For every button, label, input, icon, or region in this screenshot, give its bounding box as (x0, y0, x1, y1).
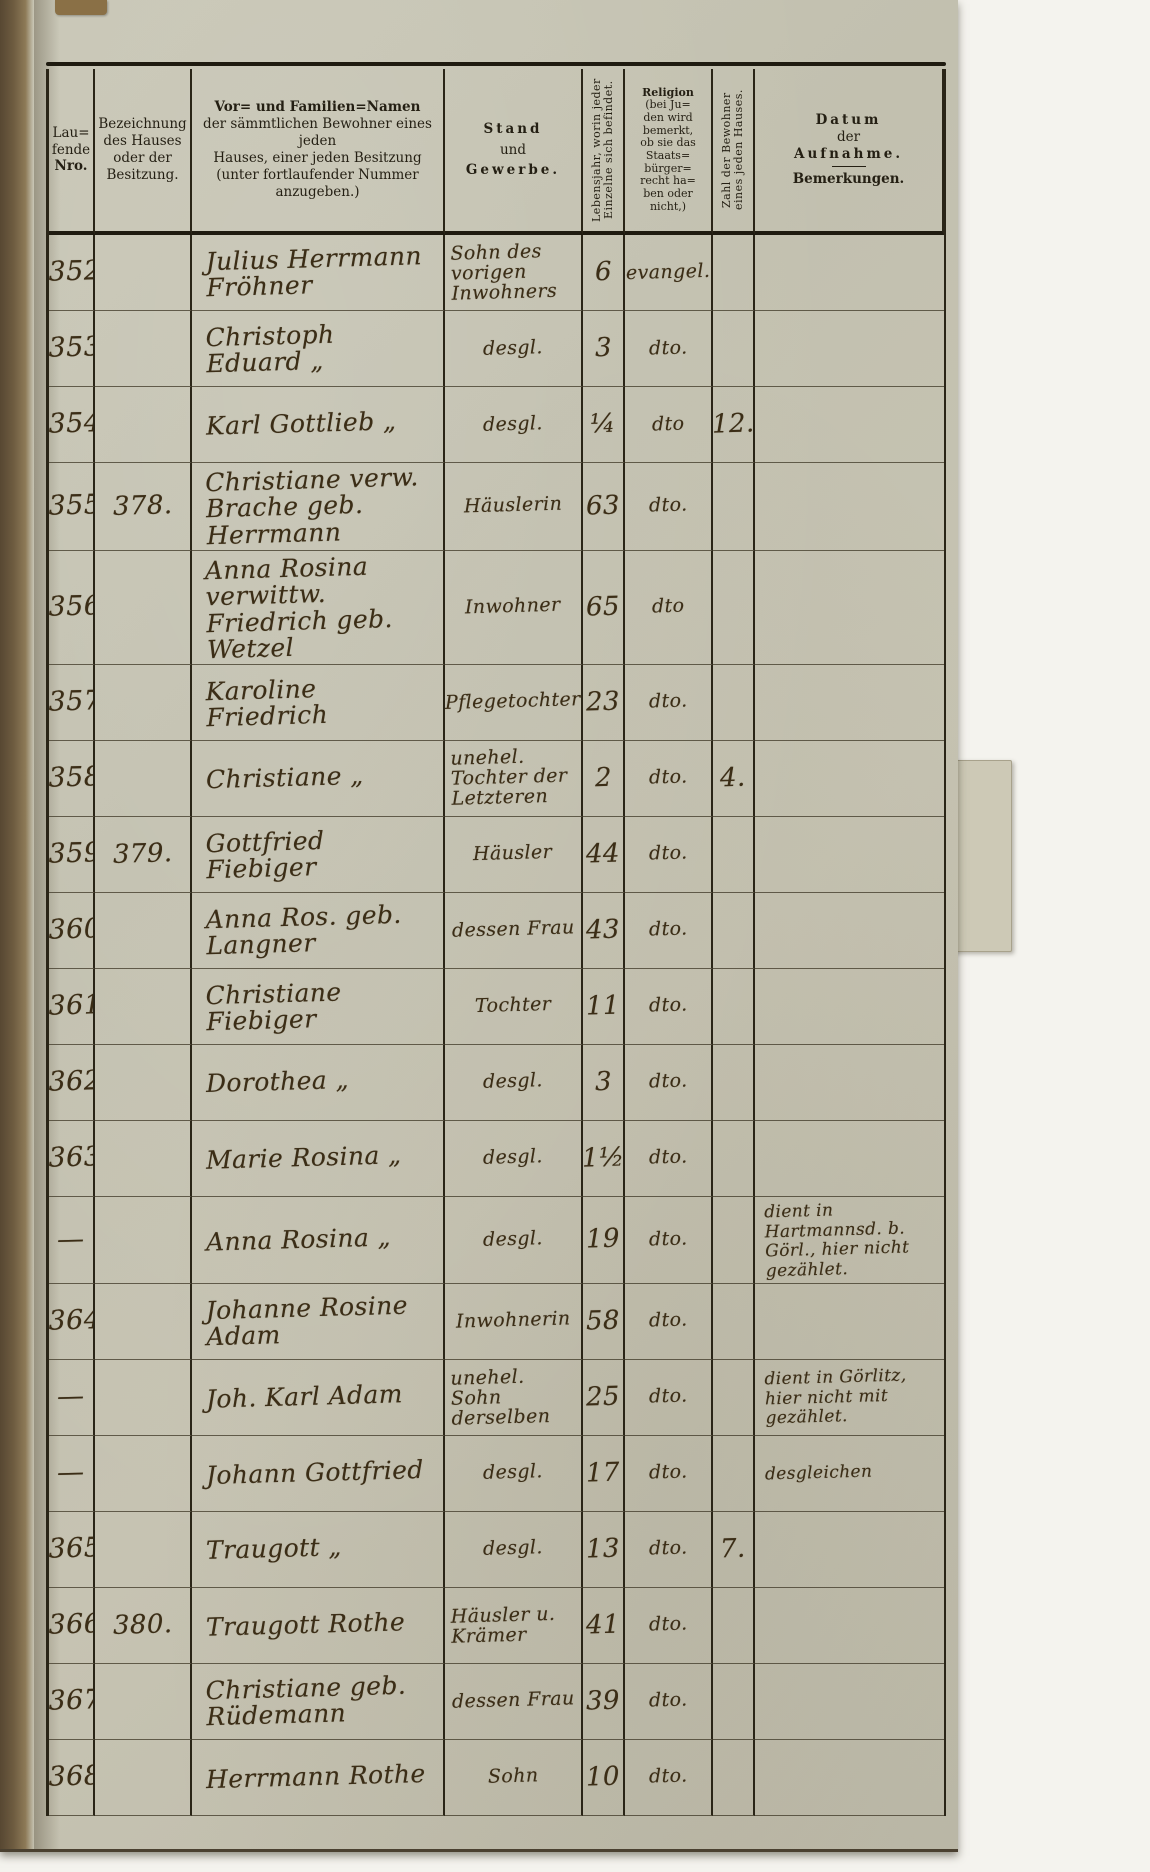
cell-haus (95, 1740, 192, 1816)
cell-text-stand: Häusler (473, 843, 553, 865)
cell-age: ¼ (583, 387, 625, 463)
cell-text-rel: dto. (648, 692, 687, 713)
cell-text-stand: dessen Frau (451, 919, 574, 942)
cell-zahl (713, 665, 755, 741)
cell-text-nro: 2363. (49, 1143, 95, 1174)
cell-name: Anna Rosina verwittw. Friedrich geb. Wet… (192, 551, 445, 665)
cell-nro: 2363. (49, 1121, 95, 1197)
cell-text-age: ¼ (590, 410, 616, 438)
cell-text-rel: dto. (648, 1072, 687, 1093)
cell-haus (95, 1664, 192, 1740)
cell-text-rem: dient in Hartmannsd. b. Görl., hier nich… (764, 1198, 939, 1281)
cell-text-rel: dto. (648, 338, 687, 359)
cell-age: 11 (583, 969, 625, 1045)
cell-age: 44 (583, 817, 625, 893)
cell-nro: 2365. (49, 1512, 95, 1588)
cell-text-name: Anna Rosina verwittw. Friedrich geb. Wet… (205, 552, 439, 663)
cell-text-stand: desgl. (483, 1147, 543, 1169)
cell-text-age: 63 (586, 492, 621, 520)
cell-age: 39 (583, 1664, 625, 1740)
cell-stand: desgl. (445, 1512, 583, 1588)
cell-text-name: Anna Ros. geb. Langner (205, 901, 437, 960)
cell-rem (755, 741, 944, 817)
cell-text-nro: 2364. (49, 1306, 95, 1337)
cell-name: Marie Rosina „ (192, 1121, 445, 1197)
cell-text-rel: dto. (648, 1148, 687, 1169)
header-text: Vor= und Familien=Namen (215, 99, 421, 116)
cell-text-rem: dient in Görlitz, hier nicht mit gezähle… (764, 1366, 939, 1429)
cell-text-age: 19 (586, 1226, 621, 1254)
cell-zahl (713, 463, 755, 551)
cell-name: Christiane geb. Rüdemann (192, 1664, 445, 1740)
cell-text-age: 43 (586, 916, 621, 944)
cell-text-name: Johanne Rosine Adam (205, 1292, 437, 1351)
cell-name: Traugott „ (192, 1512, 445, 1588)
cell-text-rel: dto. (648, 844, 687, 865)
cell-rem (755, 665, 944, 741)
cell-age: 41 (583, 1588, 625, 1664)
cell-text-age: 10 (586, 1763, 621, 1791)
cell-zahl (713, 817, 755, 893)
cell-text-nro: — (57, 1383, 85, 1412)
cell-haus: 378. (95, 463, 192, 551)
cell-text-age: 2 (594, 764, 612, 792)
cell-age: 23 (583, 665, 625, 741)
cell-text-rem: desgleichen (765, 1462, 873, 1485)
cell-text-name: Marie Rosina „ (206, 1142, 402, 1174)
cell-text-stand: Sohn (487, 1767, 538, 1788)
corner-tab (55, 0, 107, 15)
cell-zahl (713, 1045, 755, 1121)
cell-text-name: Julius Herrmann Fröhner (205, 243, 437, 302)
cell-haus: 380. (95, 1588, 192, 1664)
cell-haus (95, 311, 192, 387)
cell-text-haus: 379. (112, 840, 172, 869)
cell-zahl (713, 311, 755, 387)
register-page: Lau= fende Nro. Bezeichnung des Hauses o… (0, 0, 958, 1852)
cell-rem (755, 817, 944, 893)
header-text: fende (52, 142, 90, 159)
cell-nro: 2354. (49, 387, 95, 463)
cell-name: Anna Rosina „ (192, 1197, 445, 1284)
cell-text-haus: 378. (112, 492, 172, 521)
cell-text-name: Christoph Eduard „ (205, 319, 437, 378)
cell-age: 6 (583, 235, 625, 311)
cell-age: 13 (583, 1512, 625, 1588)
cell-zahl: 4. (713, 741, 755, 817)
cell-rem (755, 235, 944, 311)
header-datum-bemerkungen: Datum der Aufnahme. Bemerkungen. (755, 69, 944, 235)
cell-nro: 2360. (49, 893, 95, 969)
cell-text-name: Joh. Karl Adam (206, 1382, 403, 1414)
cell-rem (755, 1588, 944, 1664)
cell-rem (755, 1512, 944, 1588)
cell-nro: — (49, 1197, 95, 1284)
cell-text-age: 58 (586, 1307, 621, 1335)
cell-text-rel: dto. (648, 1387, 687, 1408)
cell-text-age: 1½ (583, 1144, 625, 1172)
cell-text-stand: desgl. (483, 1463, 543, 1485)
cell-text-rel: dto (652, 597, 685, 618)
cell-zahl (713, 1436, 755, 1512)
cell-rel: dto. (625, 1740, 713, 1816)
cell-text-rel: dto. (648, 1229, 687, 1250)
cell-stand: Pflegetochter (445, 665, 583, 741)
cell-nro: 2366. (49, 1588, 95, 1664)
header-text-vertical: Zahl der Bewohner eines jeden Hauses. (721, 75, 745, 225)
cell-nro: 2367. (49, 1664, 95, 1740)
cell-text-stand: unehel. Tochter der Letzteren (450, 747, 576, 810)
cell-rel: dto. (625, 1045, 713, 1121)
cell-name: Johanne Rosine Adam (192, 1284, 445, 1360)
cell-nro: 2358. (49, 741, 95, 817)
cell-rem (755, 893, 944, 969)
cell-haus (95, 1284, 192, 1360)
cell-text-stand: desgl. (483, 1071, 543, 1093)
cell-nro: — (49, 1436, 95, 1512)
cell-rel: dto. (625, 969, 713, 1045)
cell-age: 2 (583, 741, 625, 817)
cell-haus (95, 741, 192, 817)
cell-stand: unehel. Tochter der Letzteren (445, 741, 583, 817)
cell-zahl (713, 1284, 755, 1360)
cell-zahl (713, 1121, 755, 1197)
cell-stand: desgl. (445, 311, 583, 387)
cell-zahl (713, 1588, 755, 1664)
cell-text-age: 25 (586, 1383, 621, 1411)
cell-text-nro: 2354. (49, 409, 95, 440)
cell-text-haus: 380. (112, 1611, 172, 1640)
cell-stand: desgl. (445, 387, 583, 463)
cell-text-age: 65 (586, 593, 621, 621)
cell-nro: 2364. (49, 1284, 95, 1360)
cell-text-name: Christiane geb. Rüdemann (205, 1672, 437, 1731)
cell-text-rel: dto. (648, 1539, 687, 1560)
cell-text-age: 3 (594, 1068, 612, 1096)
cell-rem (755, 387, 944, 463)
cell-stand: desgl. (445, 1045, 583, 1121)
cell-stand: desgl. (445, 1121, 583, 1197)
cell-text-stand: Sohn des vorigen Inwohners (450, 241, 576, 304)
cell-age: 17 (583, 1436, 625, 1512)
cell-text-nro: — (57, 1225, 85, 1254)
cell-text-rel: dto. (648, 1615, 687, 1636)
cell-rel: dto. (625, 311, 713, 387)
cell-name: Anna Ros. geb. Langner (192, 893, 445, 969)
cell-text-nro: 2367. (49, 1686, 95, 1717)
header-text: Stand (484, 121, 543, 138)
cell-text-zahl: 4. (720, 764, 746, 792)
cell-rel: dto. (625, 1284, 713, 1360)
cell-text-stand: Inwohner (465, 596, 561, 619)
cell-nro: 2353. (49, 311, 95, 387)
cell-text-name: Karoline Friedrich (205, 673, 437, 732)
cell-rem (755, 463, 944, 551)
cell-zahl (713, 1664, 755, 1740)
cell-stand: Sohn des vorigen Inwohners (445, 235, 583, 311)
cell-haus (95, 235, 192, 311)
cell-text-rel: dto. (648, 1463, 687, 1484)
cell-text-rel: dto (652, 414, 685, 435)
cell-rel: dto. (625, 1664, 713, 1740)
cell-stand: dessen Frau (445, 893, 583, 969)
cell-name: Christiane „ (192, 741, 445, 817)
cell-name: Christiane verw. Brache geb. Herrmann (192, 463, 445, 551)
header-text: Nro. (55, 158, 88, 175)
cell-text-rel: evangel. (626, 261, 711, 283)
cell-rem: dient in Hartmannsd. b. Görl., hier nich… (755, 1197, 944, 1284)
cell-zahl (713, 1197, 755, 1284)
cell-rel: dto. (625, 817, 713, 893)
cell-age: 25 (583, 1360, 625, 1436)
cell-haus (95, 893, 192, 969)
cell-rel: dto. (625, 665, 713, 741)
cell-text-nro: 2365. (49, 1534, 95, 1565)
cell-nro: 2368. (49, 1740, 95, 1816)
cell-text-name: Traugott „ (206, 1534, 342, 1564)
header-text: und (500, 142, 526, 159)
cell-text-rel: dto. (648, 996, 687, 1017)
cell-text-age: 23 (586, 688, 621, 716)
cell-text-nro: 2366. (49, 1610, 95, 1641)
header-stand-gewerbe: Stand und Gewerbe. (445, 69, 583, 235)
cell-rel: dto. (625, 1197, 713, 1284)
cell-text-age: 41 (586, 1611, 621, 1639)
header-text: der (837, 129, 860, 146)
header-religion: Religion(bei Ju=den wirdbemerkt,ob sie d… (625, 69, 713, 235)
cell-name: Gottfried Fiebiger (192, 817, 445, 893)
header-text: (unter fortlaufender Nummer anzugeben.) (195, 167, 440, 201)
register-table: Lau= fende Nro. Bezeichnung des Hauses o… (46, 62, 946, 1816)
cell-text-nro: 2358. (49, 763, 95, 794)
cell-text-name: Christiane verw. Brache geb. Herrmann (205, 464, 438, 549)
cell-rel: dto. (625, 1436, 713, 1512)
cell-stand: Sohn (445, 1740, 583, 1816)
cell-age: 3 (583, 311, 625, 387)
cell-haus (95, 1197, 192, 1284)
cell-text-stand: Tochter (475, 995, 552, 1017)
cell-name: Karoline Friedrich (192, 665, 445, 741)
cell-rel: dto. (625, 1121, 713, 1197)
header-laufende-nro: Lau= fende Nro. (49, 69, 95, 235)
cell-haus (95, 665, 192, 741)
cell-text-name: Anna Rosina „ (206, 1224, 392, 1255)
cell-nro: 2352. (49, 235, 95, 311)
header-text: Lau= (52, 125, 89, 142)
header-text: den wird (643, 112, 692, 125)
cell-text-age: 6 (594, 259, 612, 287)
cell-rel: dto (625, 551, 713, 665)
cell-text-name: Johann Gottfried (206, 1457, 424, 1489)
cell-rel: dto. (625, 1360, 713, 1436)
cell-haus (95, 1512, 192, 1588)
cell-text-stand: Pflegetochter (445, 690, 581, 714)
cell-haus (95, 1436, 192, 1512)
cell-nro: 2361. (49, 969, 95, 1045)
cell-nro: 2357. (49, 665, 95, 741)
cell-stand: Häusler (445, 817, 583, 893)
cell-name: Christoph Eduard „ (192, 311, 445, 387)
cell-age: 63 (583, 463, 625, 551)
cell-name: Dorothea „ (192, 1045, 445, 1121)
cell-text-name: Christiane Fiebiger (205, 977, 437, 1036)
cell-stand: dessen Frau (445, 1664, 583, 1740)
cell-text-nro: 2352. (49, 257, 95, 288)
cell-rem (755, 1664, 944, 1740)
cell-text-age: 44 (586, 840, 621, 868)
cell-haus (95, 551, 192, 665)
cell-text-name: Dorothea „ (206, 1067, 350, 1097)
cell-zahl (713, 969, 755, 1045)
cell-text-age: 3 (594, 335, 612, 363)
cell-rem (755, 969, 944, 1045)
cell-rem: desgleichen (755, 1436, 944, 1512)
header-text: Bemerkungen. (793, 171, 905, 188)
header-text: Staats= (646, 150, 690, 163)
cell-age: 65 (583, 551, 625, 665)
cell-text-nro: 2359. (49, 839, 95, 870)
cell-text-rel: dto. (648, 1691, 687, 1712)
cell-rem: dient in Görlitz, hier nicht mit gezähle… (755, 1360, 944, 1436)
header-text: der sämmtlichen Bewohner eines jeden (195, 116, 440, 150)
cell-text-name: Christiane „ (206, 763, 364, 794)
cell-text-name: Karl Gottlieb „ (206, 409, 397, 441)
cell-age: 3 (583, 1045, 625, 1121)
cell-zahl: 12. (713, 387, 755, 463)
header-text: Gewerbe. (466, 162, 560, 179)
cell-text-nro: 2357. (49, 687, 95, 718)
cell-name: Joh. Karl Adam (192, 1360, 445, 1436)
cell-name: Herrmann Rothe (192, 1740, 445, 1816)
cell-text-age: 39 (586, 1687, 621, 1715)
cell-name: Johann Gottfried (192, 1436, 445, 1512)
cell-zahl (713, 1740, 755, 1816)
cell-haus (95, 387, 192, 463)
cell-text-stand: Häusler u. Krämer (450, 1604, 575, 1647)
header-bezeichnung: Bezeichnung des Hauses oder der Besitzun… (95, 69, 192, 235)
cell-nro: — (49, 1360, 95, 1436)
cell-text-name: Gottfried Fiebiger (205, 825, 437, 884)
cell-text-nro: 2360. (49, 915, 95, 946)
cell-age: 43 (583, 893, 625, 969)
table-grid: Lau= fende Nro. Bezeichnung des Hauses o… (46, 69, 946, 1816)
cell-text-stand: Häuslerin (464, 495, 563, 518)
binding-strip (0, 0, 34, 1849)
cell-text-nro: 2355. (49, 491, 95, 522)
cell-stand: Häusler u. Krämer (445, 1588, 583, 1664)
header-namen: Vor= und Familien=Namen der sämmtlichen … (192, 69, 445, 235)
cell-haus (95, 1045, 192, 1121)
cell-age: 58 (583, 1284, 625, 1360)
cell-text-zahl: 7. (720, 1535, 746, 1563)
cell-text-stand: desgl. (483, 1539, 543, 1561)
header-text: Bezeichnung des Hauses oder der Besitzun… (98, 116, 187, 184)
cell-text-rel: dto. (648, 1311, 687, 1332)
cell-text-nro: — (57, 1459, 85, 1488)
cell-text-stand: desgl. (483, 414, 543, 436)
cell-text-age: 11 (586, 992, 621, 1020)
cell-text-stand: unehel. Sohn derselben (450, 1366, 576, 1429)
cell-rel: dto. (625, 893, 713, 969)
cell-text-name: Herrmann Rothe (206, 1761, 426, 1793)
cell-nro: 2356. (49, 551, 95, 665)
cell-age: 10 (583, 1740, 625, 1816)
header-text-vertical: Lebensjahr, worin jeder Einzelne sich be… (591, 75, 615, 225)
cell-rem (755, 1740, 944, 1816)
cell-rel: dto. (625, 1588, 713, 1664)
header-text: ben oder (643, 188, 693, 201)
cell-text-stand: desgl. (483, 1229, 543, 1251)
cell-zahl (713, 893, 755, 969)
cell-age: 1½ (583, 1121, 625, 1197)
cell-text-nro: 2368. (49, 1762, 95, 1793)
cell-stand: desgl. (445, 1197, 583, 1284)
cell-name: Christiane Fiebiger (192, 969, 445, 1045)
cell-zahl (713, 1360, 755, 1436)
cell-rel: dto. (625, 741, 713, 817)
cell-stand: Tochter (445, 969, 583, 1045)
header-text: Hauses, einer jeden Besitzung (213, 150, 421, 167)
cell-text-rel: dto. (648, 768, 687, 789)
cell-nro: 2359. (49, 817, 95, 893)
cell-rel: dto. (625, 1512, 713, 1588)
cell-text-stand: desgl. (483, 338, 543, 360)
cell-rem (755, 551, 944, 665)
cell-name: Traugott Rothe (192, 1588, 445, 1664)
header-text: nicht,) (650, 201, 686, 214)
cell-stand: desgl. (445, 1436, 583, 1512)
cell-zahl: 7. (713, 1512, 755, 1588)
cell-text-nro: 2361. (49, 991, 95, 1022)
header-zahl-bewohner: Zahl der Bewohner eines jeden Hauses. (713, 69, 755, 235)
cell-name: Karl Gottlieb „ (192, 387, 445, 463)
cell-haus (95, 1121, 192, 1197)
cell-stand: Inwohner (445, 551, 583, 665)
cell-haus: 379. (95, 817, 192, 893)
cell-rem (755, 1045, 944, 1121)
cell-rem (755, 1121, 944, 1197)
cell-text-age: 17 (586, 1459, 621, 1487)
cell-zahl (713, 551, 755, 665)
cell-text-nro: 2353. (49, 333, 95, 364)
cell-stand: Häuslerin (445, 463, 583, 551)
cell-stand: Inwohnerin (445, 1284, 583, 1360)
cell-text-rel: dto. (648, 920, 687, 941)
cell-text-stand: dessen Frau (451, 1690, 574, 1713)
cell-nro: 2355. (49, 463, 95, 551)
cell-text-name: Traugott Rothe (206, 1610, 406, 1642)
cell-name: Julius Herrmann Fröhner (192, 235, 445, 311)
cell-text-rel: dto. (648, 1767, 687, 1788)
header-divider (832, 166, 866, 167)
header-text: Aufnahme. (794, 146, 903, 163)
cell-rel: dto (625, 387, 713, 463)
cell-rel: evangel. (625, 235, 713, 311)
cell-rem (755, 1284, 944, 1360)
cell-rel: dto. (625, 463, 713, 551)
cell-text-age: 13 (586, 1535, 621, 1563)
cell-text-stand: Inwohnerin (455, 1310, 570, 1333)
cell-age: 19 (583, 1197, 625, 1284)
cell-nro: 2362. (49, 1045, 95, 1121)
cell-stand: unehel. Sohn derselben (445, 1360, 583, 1436)
cell-text-zahl: 12. (713, 410, 755, 438)
cell-rem (755, 311, 944, 387)
cell-text-nro: 2356. (49, 592, 95, 623)
header-text: Datum (816, 112, 882, 129)
cell-haus (95, 1360, 192, 1436)
cell-haus (95, 969, 192, 1045)
